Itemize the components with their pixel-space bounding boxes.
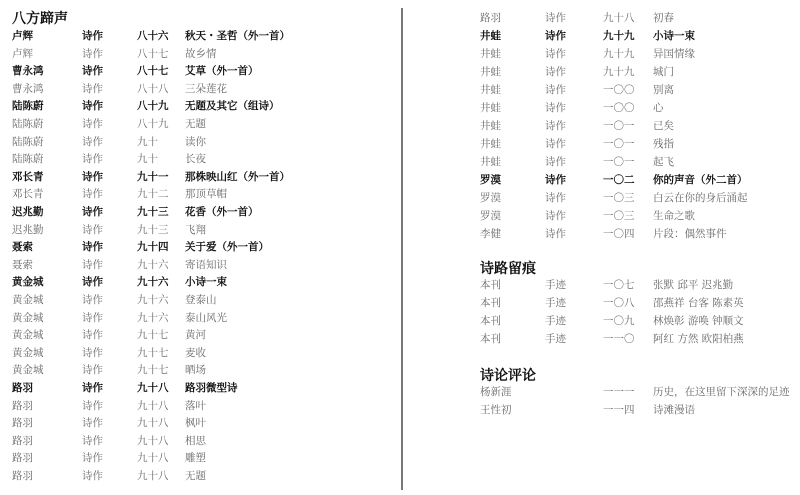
entry-title: 阿红 方然 欧阳柏燕 xyxy=(653,330,744,348)
toc-entry: 曹永鸿诗作八十八三朵莲花 xyxy=(0,80,400,98)
page-number: 九十三 xyxy=(137,203,169,221)
entry-type: 诗作 xyxy=(82,414,103,432)
entry-title: 长夜 xyxy=(185,150,206,168)
entry-title: 相思 xyxy=(185,432,206,450)
entry-title: 残指 xyxy=(653,135,674,153)
author-name: 路羽 xyxy=(12,379,33,397)
toc-entry: 罗漠诗作一〇三生命之歌 xyxy=(404,207,800,225)
toc-entry: 迟兆勤诗作九十三飞翔 xyxy=(0,221,400,239)
toc-entry: 本刊手迹一一〇阿红 方然 欧阳柏燕 xyxy=(404,330,800,348)
column-divider xyxy=(401,8,403,490)
author-name: 黄金城 xyxy=(12,361,44,379)
toc-entry: 井蛙诗作九十九小诗一束 xyxy=(404,27,800,45)
entry-title: 已矣 xyxy=(653,117,674,135)
entry-title: 寄语知识 xyxy=(185,256,227,274)
author-name: 井蛙 xyxy=(480,63,501,81)
page-number: 九十八 xyxy=(137,432,169,450)
author-name: 路羽 xyxy=(12,449,33,467)
section-title-shilu: 诗路留痕 xyxy=(480,258,536,278)
author-name: 路羽 xyxy=(12,467,33,485)
toc-entry: 黄金城诗作九十六小诗一束 xyxy=(0,273,400,291)
author-name: 罗漠 xyxy=(480,207,501,225)
toc-entry: 黄金城诗作九十七黄河 xyxy=(0,326,400,344)
author-name: 本刊 xyxy=(480,276,501,294)
toc-entry: 黄金城诗作九十七麦收 xyxy=(0,344,400,362)
toc-entry: 迟兆勤诗作九十三花香（外一首） xyxy=(0,203,400,221)
toc-entry: 李健诗作一〇四片段：偶然事件 xyxy=(404,225,800,243)
entry-title: 林焕彰 游唤 钟顺文 xyxy=(653,312,744,330)
author-name: 井蛙 xyxy=(480,81,501,99)
toc-entry: 本刊手迹一〇九林焕彰 游唤 钟顺文 xyxy=(404,312,800,330)
entry-type: 诗作 xyxy=(82,221,103,239)
entry-title: 三朵莲花 xyxy=(185,80,227,98)
page-number: 八十八 xyxy=(137,80,169,98)
toc-entry: 黄金城诗作九十六泰山风光 xyxy=(0,309,400,327)
toc-entry: 陆陈蔚诗作八十九无题 xyxy=(0,115,400,133)
author-name: 黄金城 xyxy=(12,309,44,327)
entry-title: 无题 xyxy=(185,467,206,485)
page-number: 八十六 xyxy=(137,27,169,45)
toc-entry: 卢辉诗作八十七故乡情 xyxy=(0,45,400,63)
page-number: 一〇八 xyxy=(603,294,635,312)
page-number: 九十四 xyxy=(137,238,169,256)
entry-title: 雕塑 xyxy=(185,449,206,467)
page-number: 一一四 xyxy=(603,401,635,419)
entry-type: 诗作 xyxy=(82,379,103,397)
entry-type: 诗作 xyxy=(82,432,103,450)
author-name: 卢辉 xyxy=(12,27,33,45)
entry-type: 手迹 xyxy=(545,276,566,294)
page-number: 九十六 xyxy=(137,273,169,291)
author-name: 陆陈蔚 xyxy=(12,150,44,168)
entry-title: 花香（外一首） xyxy=(185,203,259,221)
page-number: 一〇〇 xyxy=(603,99,635,117)
entry-type: 诗作 xyxy=(82,309,103,327)
author-name: 黄金城 xyxy=(12,326,44,344)
entry-type: 诗作 xyxy=(82,133,103,151)
toc-entry: 路羽诗作九十八枫叶 xyxy=(0,414,400,432)
toc-entry: 王性初一一四诗滩漫语 xyxy=(404,401,800,419)
toc-entry: 陆陈蔚诗作九十读你 xyxy=(0,133,400,151)
page-number: 一〇一 xyxy=(603,153,635,171)
author-name: 本刊 xyxy=(480,330,501,348)
author-name: 聂索 xyxy=(12,238,33,256)
page-number: 九十九 xyxy=(603,27,635,45)
entry-type: 诗作 xyxy=(82,326,103,344)
author-name: 路羽 xyxy=(12,432,33,450)
author-name: 井蛙 xyxy=(480,153,501,171)
author-name: 邓长青 xyxy=(12,168,44,186)
entry-title: 城门 xyxy=(653,63,674,81)
entry-type: 诗作 xyxy=(82,273,103,291)
toc-entry: 本刊手迹一〇八邵燕祥 台客 陈素英 xyxy=(404,294,800,312)
entry-title: 晒场 xyxy=(185,361,206,379)
toc-entry: 井蛙诗作一〇一起飞 xyxy=(404,153,800,171)
page-number: 九十八 xyxy=(137,467,169,485)
toc-entry: 罗漠诗作一〇二你的声音（外二首） xyxy=(404,171,800,189)
entry-title: 泰山风光 xyxy=(185,309,227,327)
page-number: 九十九 xyxy=(603,63,635,81)
toc-entry: 陆陈蔚诗作九十长夜 xyxy=(0,150,400,168)
toc-entry: 路羽诗作九十八相思 xyxy=(0,432,400,450)
author-name: 黄金城 xyxy=(12,291,44,309)
page-number: 一〇一 xyxy=(603,117,635,135)
page-number: 九十一 xyxy=(137,168,169,186)
entry-type: 诗作 xyxy=(82,27,103,45)
page-number: 九十 xyxy=(137,150,158,168)
entry-type: 诗作 xyxy=(82,344,103,362)
author-name: 杨新涯 xyxy=(480,383,512,401)
author-name: 井蛙 xyxy=(480,45,501,63)
page-number: 一〇四 xyxy=(603,225,635,243)
entry-title: 生命之歌 xyxy=(653,207,695,225)
entry-title: 小诗一束 xyxy=(185,273,227,291)
entry-type: 诗作 xyxy=(82,203,103,221)
page-number: 九十 xyxy=(137,133,158,151)
toc-entry: 邓长青诗作九十二那顶草帽 xyxy=(0,185,400,203)
toc-entry: 路羽诗作九十八落叶 xyxy=(0,397,400,415)
entry-title: 片段：偶然事件 xyxy=(653,225,727,243)
section-title-bafang: 八方蹄声 xyxy=(12,8,68,28)
author-name: 井蛙 xyxy=(480,99,501,117)
page-number: 一一一 xyxy=(603,383,635,401)
entry-type: 诗作 xyxy=(545,171,566,189)
toc-entry: 本刊手迹一〇七张默 邱平 迟兆勤 xyxy=(404,276,800,294)
page-number: 九十八 xyxy=(137,379,169,397)
toc-entry: 罗漠诗作一〇三白云在你的身后涌起 xyxy=(404,189,800,207)
entry-title: 起飞 xyxy=(653,153,674,171)
page-number: 九十八 xyxy=(137,414,169,432)
toc-entry: 曹永鸿诗作八十七艾草（外一首） xyxy=(0,62,400,80)
entry-type: 诗作 xyxy=(545,99,566,117)
page-number: 一一〇 xyxy=(603,330,635,348)
toc-entry: 黄金城诗作九十七晒场 xyxy=(0,361,400,379)
entry-type: 手迹 xyxy=(545,312,566,330)
author-name: 路羽 xyxy=(12,397,33,415)
toc-entry: 路羽诗作九十八路羽微型诗 xyxy=(0,379,400,397)
page-number: 九十八 xyxy=(137,397,169,415)
entry-type: 诗作 xyxy=(545,225,566,243)
page-number: 九十七 xyxy=(137,344,169,362)
entry-title: 无题 xyxy=(185,115,206,133)
author-name: 罗漠 xyxy=(480,189,501,207)
entry-title: 邵燕祥 台客 陈素英 xyxy=(653,294,744,312)
entry-title: 黄河 xyxy=(185,326,206,344)
toc-entry: 井蛙诗作一〇〇心 xyxy=(404,99,800,117)
page-number: 九十八 xyxy=(603,9,635,27)
toc-entry: 井蛙诗作一〇一已矣 xyxy=(404,117,800,135)
entry-title: 关于爱（外一首） xyxy=(185,238,269,256)
entry-type: 诗作 xyxy=(82,168,103,186)
author-name: 陆陈蔚 xyxy=(12,133,44,151)
author-name: 黄金城 xyxy=(12,273,44,291)
page-number: 八十七 xyxy=(137,62,169,80)
entry-type: 诗作 xyxy=(545,117,566,135)
page-number: 一〇〇 xyxy=(603,81,635,99)
page-number: 一〇九 xyxy=(603,312,635,330)
entry-type: 诗作 xyxy=(82,115,103,133)
toc-entry: 井蛙诗作一〇一残指 xyxy=(404,135,800,153)
toc-entry: 黄金城诗作九十六登泰山 xyxy=(0,291,400,309)
author-name: 井蛙 xyxy=(480,117,501,135)
page-number: 一〇三 xyxy=(603,189,635,207)
author-name: 聂索 xyxy=(12,256,33,274)
entry-title: 艾草（外一首） xyxy=(185,62,259,80)
entry-type: 诗作 xyxy=(82,185,103,203)
entry-type: 手迹 xyxy=(545,294,566,312)
toc-entry: 聂索诗作九十四关于爱（外一首） xyxy=(0,238,400,256)
page-number: 九十七 xyxy=(137,326,169,344)
entry-type: 诗作 xyxy=(545,135,566,153)
entry-type: 诗作 xyxy=(82,150,103,168)
page-number: 九十六 xyxy=(137,256,169,274)
entry-title: 小诗一束 xyxy=(653,27,695,45)
entry-title: 故乡情 xyxy=(185,45,217,63)
page-number: 一〇三 xyxy=(603,207,635,225)
page-number: 九十八 xyxy=(137,449,169,467)
author-name: 黄金城 xyxy=(12,344,44,362)
toc-entry: 井蛙诗作九十九异国情缘 xyxy=(404,45,800,63)
entry-type: 诗作 xyxy=(545,189,566,207)
page-number: 一〇一 xyxy=(603,135,635,153)
entry-title: 张默 邱平 迟兆勤 xyxy=(653,276,733,294)
entry-type: 诗作 xyxy=(82,397,103,415)
page-number: 九十三 xyxy=(137,221,169,239)
entry-title: 秋天・圣哲（外一首） xyxy=(185,27,290,45)
entry-type: 诗作 xyxy=(82,449,103,467)
entry-type: 诗作 xyxy=(82,361,103,379)
page-number: 九十九 xyxy=(603,45,635,63)
page-number: 九十六 xyxy=(137,291,169,309)
entry-title: 枫叶 xyxy=(185,414,206,432)
entry-type: 诗作 xyxy=(545,81,566,99)
author-name: 迟兆勤 xyxy=(12,221,44,239)
toc-entry: 卢辉诗作八十六秋天・圣哲（外一首） xyxy=(0,27,400,45)
author-name: 路羽 xyxy=(480,9,501,27)
page-number: 八十七 xyxy=(137,45,169,63)
author-name: 陆陈蔚 xyxy=(12,115,44,133)
entry-type: 诗作 xyxy=(545,45,566,63)
page-number: 九十六 xyxy=(137,309,169,327)
page-number: 八十九 xyxy=(137,97,169,115)
entry-title: 那顶草帽 xyxy=(185,185,227,203)
author-name: 本刊 xyxy=(480,312,501,330)
entry-title: 飞翔 xyxy=(185,221,206,239)
toc-entry: 聂索诗作九十六寄语知识 xyxy=(0,256,400,274)
entry-type: 诗作 xyxy=(545,27,566,45)
entry-type: 诗作 xyxy=(545,9,566,27)
author-name: 陆陈蔚 xyxy=(12,97,44,115)
entry-title: 初春 xyxy=(653,9,674,27)
entry-title: 你的声音（外二首） xyxy=(653,171,748,189)
toc-entry: 井蛙诗作一〇〇别离 xyxy=(404,81,800,99)
author-name: 王性初 xyxy=(480,401,512,419)
entry-title: 那株映山红（外一首） xyxy=(185,168,290,186)
entry-type: 诗作 xyxy=(545,153,566,171)
toc-entry: 路羽诗作九十八雕塑 xyxy=(0,449,400,467)
toc-entry: 路羽诗作九十八初春 xyxy=(404,9,800,27)
entry-type: 诗作 xyxy=(82,62,103,80)
entry-type: 诗作 xyxy=(82,467,103,485)
author-name: 邓长青 xyxy=(12,185,44,203)
entry-type: 诗作 xyxy=(82,80,103,98)
entry-title: 诗滩漫语 xyxy=(653,401,695,419)
entry-type: 诗作 xyxy=(545,207,566,225)
entry-type: 诗作 xyxy=(82,97,103,115)
page-number: 九十七 xyxy=(137,361,169,379)
author-name: 卢辉 xyxy=(12,45,33,63)
author-name: 李健 xyxy=(480,225,501,243)
page-number: 九十二 xyxy=(137,185,169,203)
entry-type: 诗作 xyxy=(82,238,103,256)
entry-title: 读你 xyxy=(185,133,206,151)
entry-title: 登泰山 xyxy=(185,291,217,309)
entry-type: 诗作 xyxy=(545,63,566,81)
entry-type: 手迹 xyxy=(545,330,566,348)
toc-entry: 陆陈蔚诗作八十九无题及其它（组诗） xyxy=(0,97,400,115)
entry-title: 白云在你的身后涌起 xyxy=(653,189,748,207)
entry-title: 历史，在这里留下深深的足迹 xyxy=(653,383,790,401)
entry-title: 无题及其它（组诗） xyxy=(185,97,280,115)
author-name: 井蛙 xyxy=(480,135,501,153)
toc-entry: 邓长青诗作九十一那株映山红（外一首） xyxy=(0,168,400,186)
author-name: 曹永鸿 xyxy=(12,80,44,98)
entry-title: 别离 xyxy=(653,81,674,99)
author-name: 本刊 xyxy=(480,294,501,312)
page-number: 一〇二 xyxy=(603,171,635,189)
page-number: 一〇七 xyxy=(603,276,635,294)
entry-title: 路羽微型诗 xyxy=(185,379,238,397)
author-name: 井蛙 xyxy=(480,27,501,45)
entry-title: 落叶 xyxy=(185,397,206,415)
entry-title: 心 xyxy=(653,99,664,117)
entry-title: 异国情缘 xyxy=(653,45,695,63)
author-name: 迟兆勤 xyxy=(12,203,44,221)
entry-type: 诗作 xyxy=(82,45,103,63)
section-title-shilun: 诗论评论 xyxy=(480,365,536,385)
entry-title: 麦收 xyxy=(185,344,206,362)
entry-type: 诗作 xyxy=(82,291,103,309)
author-name: 罗漠 xyxy=(480,171,501,189)
author-name: 路羽 xyxy=(12,414,33,432)
toc-entry: 井蛙诗作九十九城门 xyxy=(404,63,800,81)
toc-entry: 杨新涯一一一历史，在这里留下深深的足迹 xyxy=(404,383,800,401)
toc-entry: 路羽诗作九十八无题 xyxy=(0,467,400,485)
author-name: 曹永鸿 xyxy=(12,62,44,80)
page-number: 八十九 xyxy=(137,115,169,133)
entry-type: 诗作 xyxy=(82,256,103,274)
